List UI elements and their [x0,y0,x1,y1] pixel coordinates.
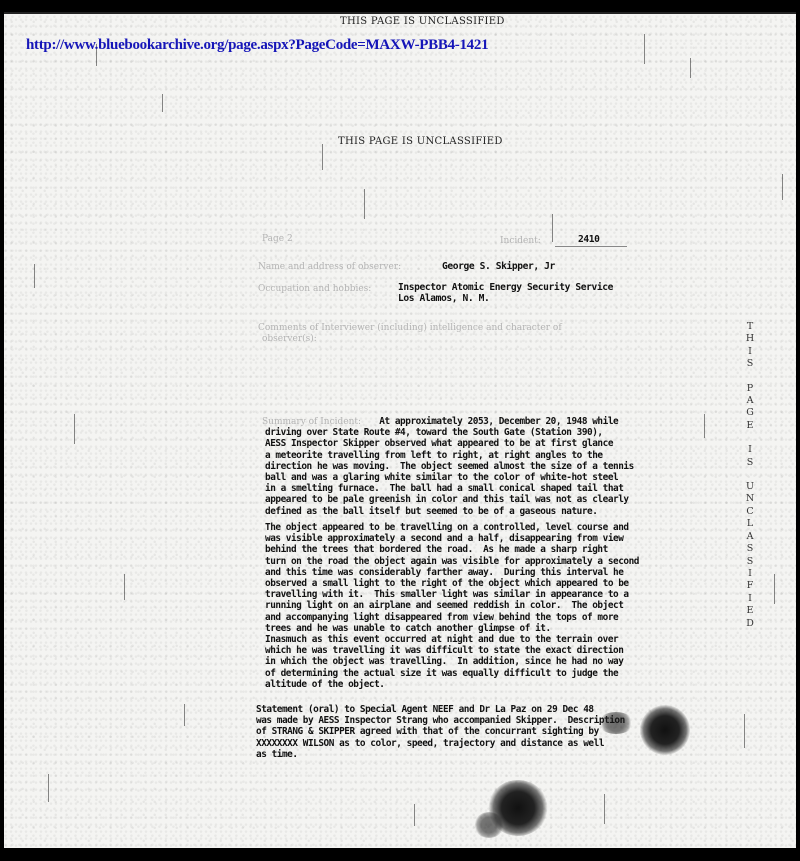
paragraph-line: of STRANG & SKIPPER agreed with that of … [256,726,625,737]
side-banner-letter: D [744,618,756,630]
ink-stain [640,705,690,755]
occupation-label: Occupation and hobbies: [258,284,371,294]
observer-label: Name and address of observer: [258,262,401,272]
paragraph-line: and this time was considerably farther a… [265,567,639,578]
side-banner-letter: H [744,333,756,345]
ink-stain [474,812,504,838]
paragraph-line: in a smelting furnace. The ball had a sm… [265,483,634,494]
side-banner-letter: I [744,444,756,456]
side-banner-letter: C [744,506,756,518]
side-banner-letter: L [744,518,756,530]
paragraph-line: At approximately 2053, December 20, 1948… [265,416,634,427]
side-banner-letter: U [744,481,756,493]
paragraph-line: a meteorite travelling from left to righ… [265,450,634,461]
paragraph-line: and accompanying light disappeared from … [265,612,639,623]
side-banner-letter: I [744,568,756,580]
side-banner-letter: I [744,593,756,605]
paragraph-sighting: At approximately 2053, December 20, 1948… [265,416,634,517]
paragraph-line: was visible approximately a second and a… [265,533,639,544]
paragraph-line: AESS Inspector Skipper observed what app… [265,438,634,449]
side-banner-letter: S [744,457,756,469]
incident-underline [555,246,627,247]
source-url-link[interactable]: http://www.bluebookarchive.org/page.aspx… [26,37,488,54]
incident-label: Incident: [500,236,541,246]
paragraph-line: Inasmuch as this event occurred at night… [265,634,623,645]
paragraph-line: driving over State Route #4, toward the … [265,427,634,438]
paragraph-line: appeared to be pale greenish in color an… [265,494,634,505]
paragraph-line: ball and was a glaring white similar to … [265,472,634,483]
page-number-label: Page 2 [262,234,293,244]
top-classification-banner: THIS PAGE IS UNCLASSIFIED [340,16,505,27]
occupation-line-2: Los Alamos, N. M. [398,293,489,304]
side-banner-letter: I [744,346,756,358]
paragraph-line: behind the trees that bordered the road.… [265,544,639,555]
side-banner-letter: E [744,420,756,432]
paragraph-line: direction he was moving. The object seem… [265,461,634,472]
paragraph-line: The object appeared to be travelling on … [265,522,639,533]
comments-label-line-2: observer(s): [262,334,317,344]
paragraph-line: turn on the road the object again was vi… [265,556,639,567]
paragraph-line: was made by AESS Inspector Strang who ac… [256,715,625,726]
paragraph-line: as time. [256,749,625,760]
scan-bottom-border [0,848,800,861]
occupation-line-1: Inspector Atomic Energy Security Service [398,282,613,293]
side-banner-letter: T [744,321,756,333]
comments-label-line-1: Comments of Interviewer (including) inte… [258,323,562,333]
paragraph-line: observed a small light to the right of t… [265,578,639,589]
paragraph-line: defined as the ball itself but seemed to… [265,506,634,517]
paragraph-line: in which the object was travelling. In a… [265,656,623,667]
ink-stain [598,712,634,734]
side-banner-letter: F [744,580,756,592]
side-banner-letter: S [744,358,756,370]
paragraph-line: travelling with it. This smaller light w… [265,589,639,600]
paragraph-line: Statement (oral) to Special Agent NEEF a… [256,704,625,715]
paragraph-line: running light on an airplane and seemed … [265,600,639,611]
paragraph-line: altitude of the object. [265,679,623,690]
paragraph-line: of determining the actual size it was eq… [265,668,623,679]
inner-classification-banner: THIS PAGE IS UNCLASSIFIED [338,136,503,147]
side-banner-letter: P [744,383,756,395]
paragraph-line: which he was travelling it was difficult… [265,645,623,656]
paragraph-direction: Inasmuch as this event occurred at night… [265,634,623,690]
side-banner-letter [744,469,756,481]
side-banner-letter [744,432,756,444]
side-banner-letter: E [744,605,756,617]
side-banner-letter: S [744,556,756,568]
side-banner-letter [744,371,756,383]
side-banner-letter: A [744,531,756,543]
side-banner-letter: G [744,407,756,419]
incident-number: 2410 [578,234,600,245]
paragraph-statement: Statement (oral) to Special Agent NEEF a… [256,704,625,760]
side-classification-banner: THISPAGEISUNCLASSIFIED [744,321,756,630]
observer-name: George S. Skipper, Jr [442,261,555,272]
side-banner-letter: A [744,395,756,407]
paragraph-course: The object appeared to be travelling on … [265,522,639,634]
side-banner-letter: N [744,493,756,505]
paragraph-line: XXXXXXXX WILSON as to color, speed, traj… [256,738,625,749]
paragraph-line: trees and he was unable to catch another… [265,623,639,634]
side-banner-letter: S [744,543,756,555]
